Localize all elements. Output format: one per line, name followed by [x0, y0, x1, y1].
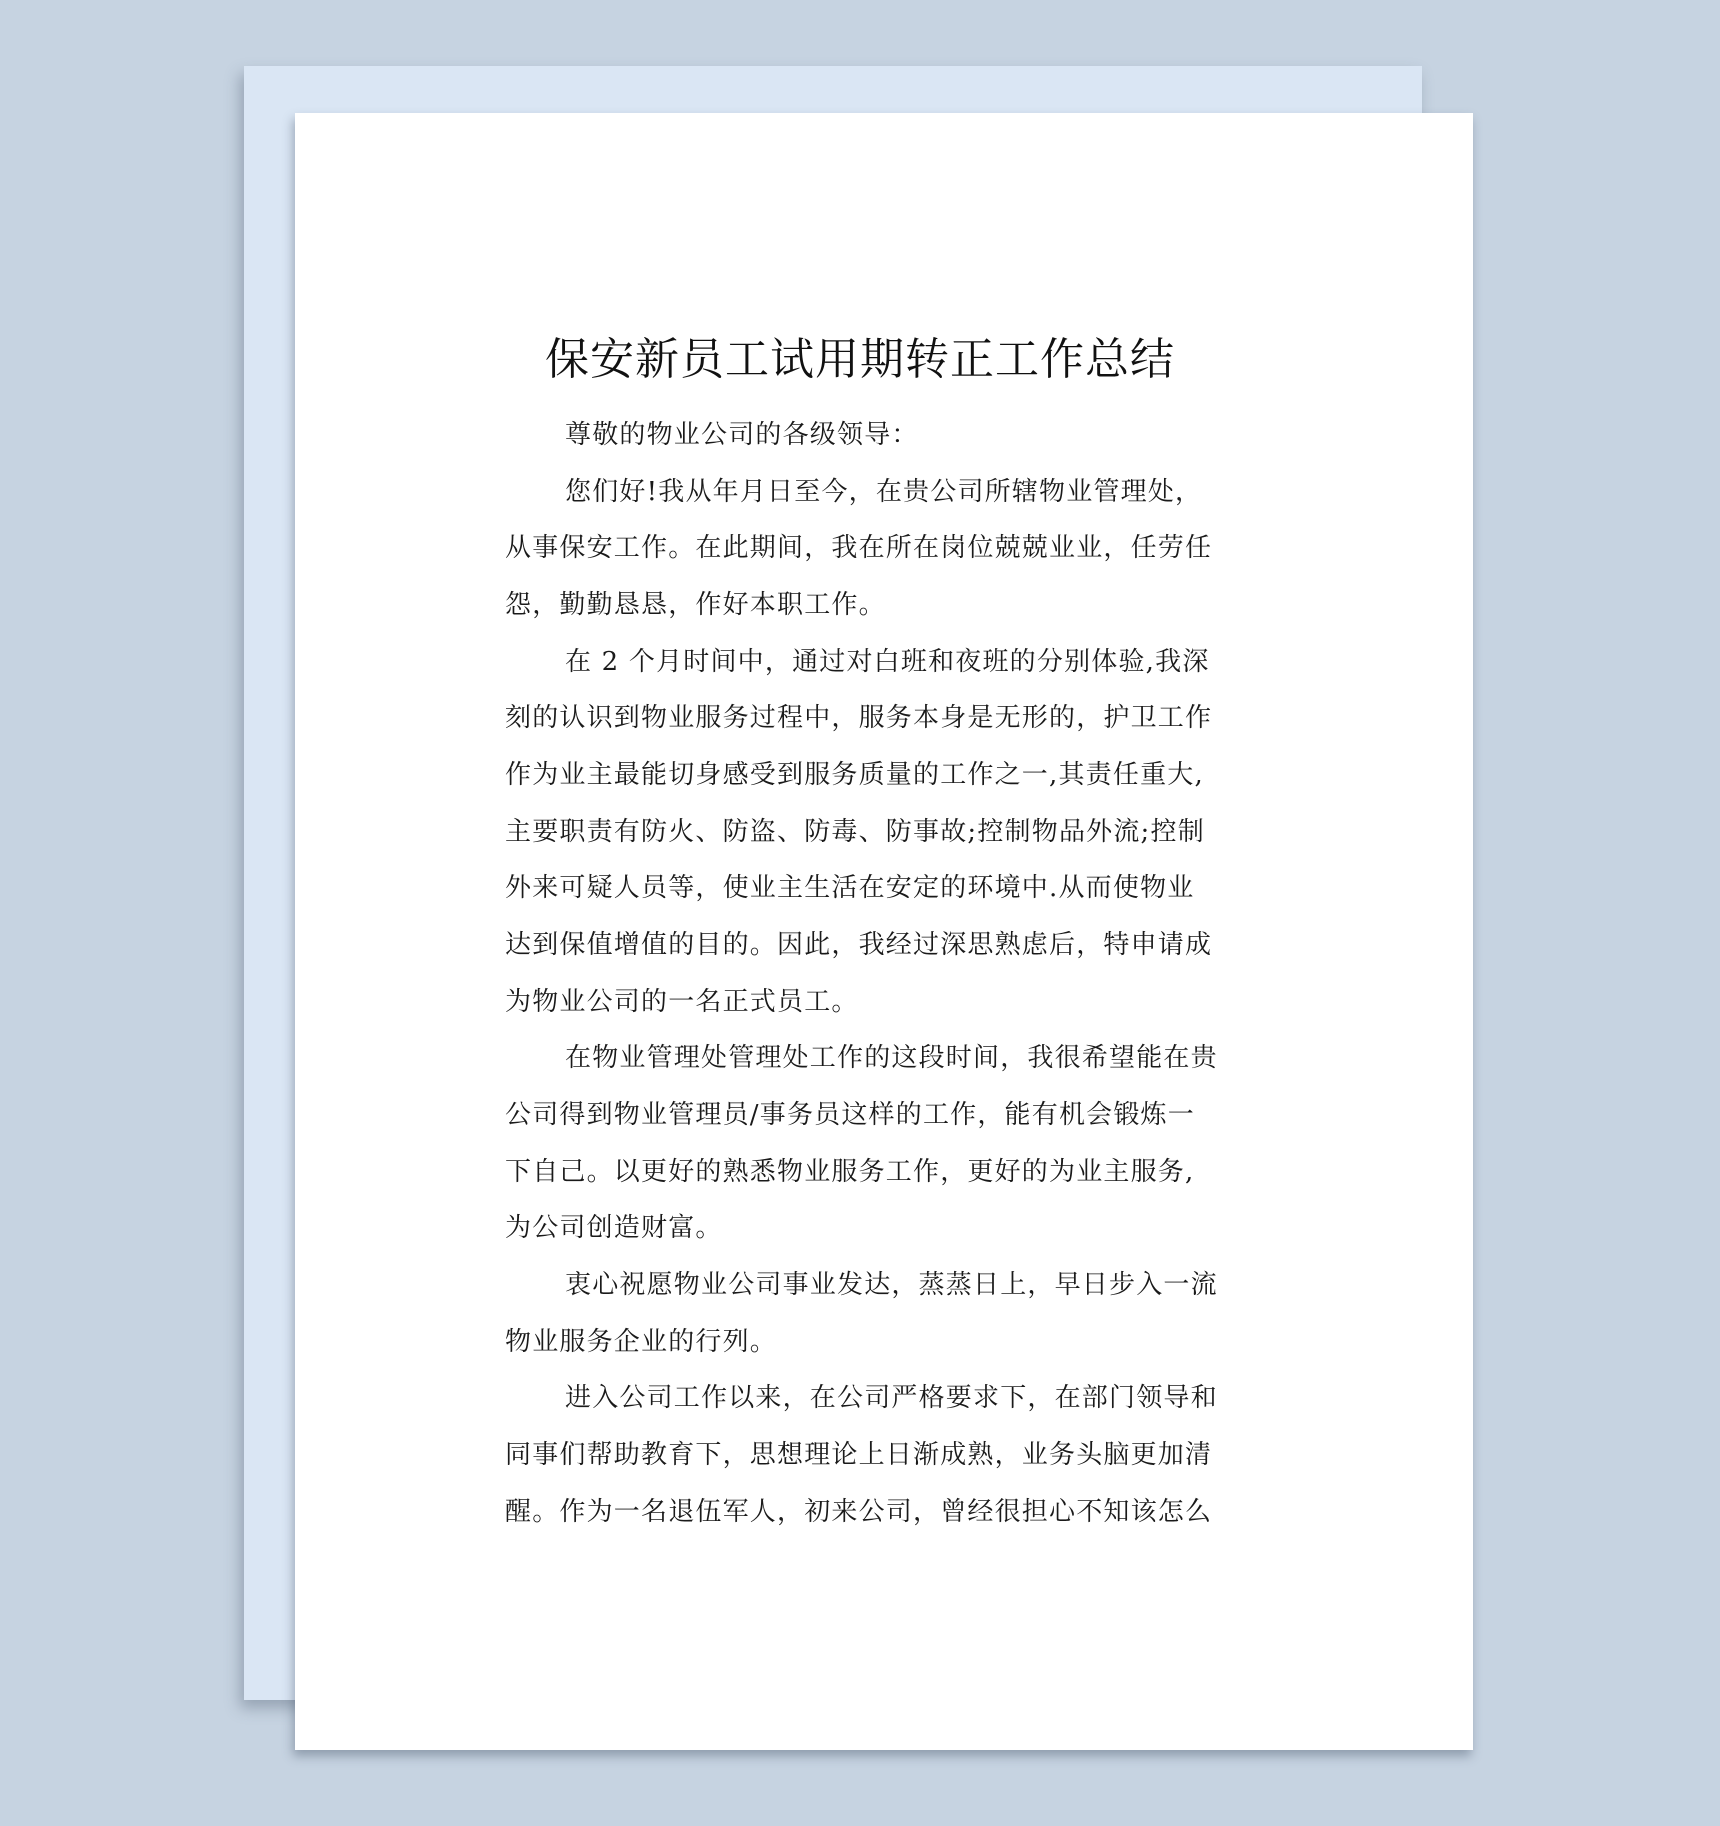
- body-line: 主要职责有防火、防盗、防毒、防事故;控制物品外流;控制: [505, 812, 1205, 852]
- document-title: 保安新员工试用期转正工作总结: [0, 332, 1720, 388]
- body-line: 外来可疑人员等，使业主生活在安定的环境中.从而使物业: [505, 868, 1194, 908]
- body-line: 尊敬的物业公司的各级领导：: [565, 415, 919, 455]
- body-line: 醒。作为一名退伍军人，初来公司，曾经很担心不知该怎么: [505, 1492, 1212, 1532]
- body-line: 同事们帮助教育下，思想理论上日渐成熟，业务头脑更加清: [505, 1435, 1212, 1475]
- body-line: 为物业公司的一名正式员工。: [505, 982, 859, 1022]
- body-line: 在 2 个月时间中，通过对白班和夜班的分别体验,我深: [565, 642, 1210, 682]
- body-line: 您们好!我从年月日至今，在贵公司所辖物业管理处，: [565, 472, 1202, 512]
- body-line: 从事保安工作。在此期间，我在所在岗位兢兢业业，任劳任: [505, 528, 1212, 568]
- body-line: 为公司创造财富。: [505, 1208, 723, 1248]
- body-line: 作为业主最能切身感受到服务质量的工作之一,其责任重大,: [505, 755, 1204, 795]
- body-line: 在物业管理处管理处工作的这段时间，我很希望能在贵: [565, 1038, 1218, 1078]
- body-line: 物业服务企业的行列。: [505, 1322, 777, 1362]
- body-line: 衷心祝愿物业公司事业发达，蒸蒸日上，早日步入一流: [565, 1265, 1218, 1305]
- body-line: 刻的认识到物业服务过程中，服务本身是无形的，护卫工作: [505, 698, 1212, 738]
- body-line: 进入公司工作以来，在公司严格要求下，在部门领导和: [565, 1378, 1218, 1418]
- body-line: 达到保值增值的目的。因此，我经过深思熟虑后，特申请成: [505, 925, 1212, 965]
- body-line: 公司得到物业管理员/事务员这样的工作，能有机会锻炼一: [505, 1095, 1195, 1135]
- body-line: 下自己。以更好的熟悉物业服务工作，更好的为业主服务,: [505, 1152, 1194, 1192]
- body-line: 怨，勤勤恳恳，作好本职工作。: [505, 585, 886, 625]
